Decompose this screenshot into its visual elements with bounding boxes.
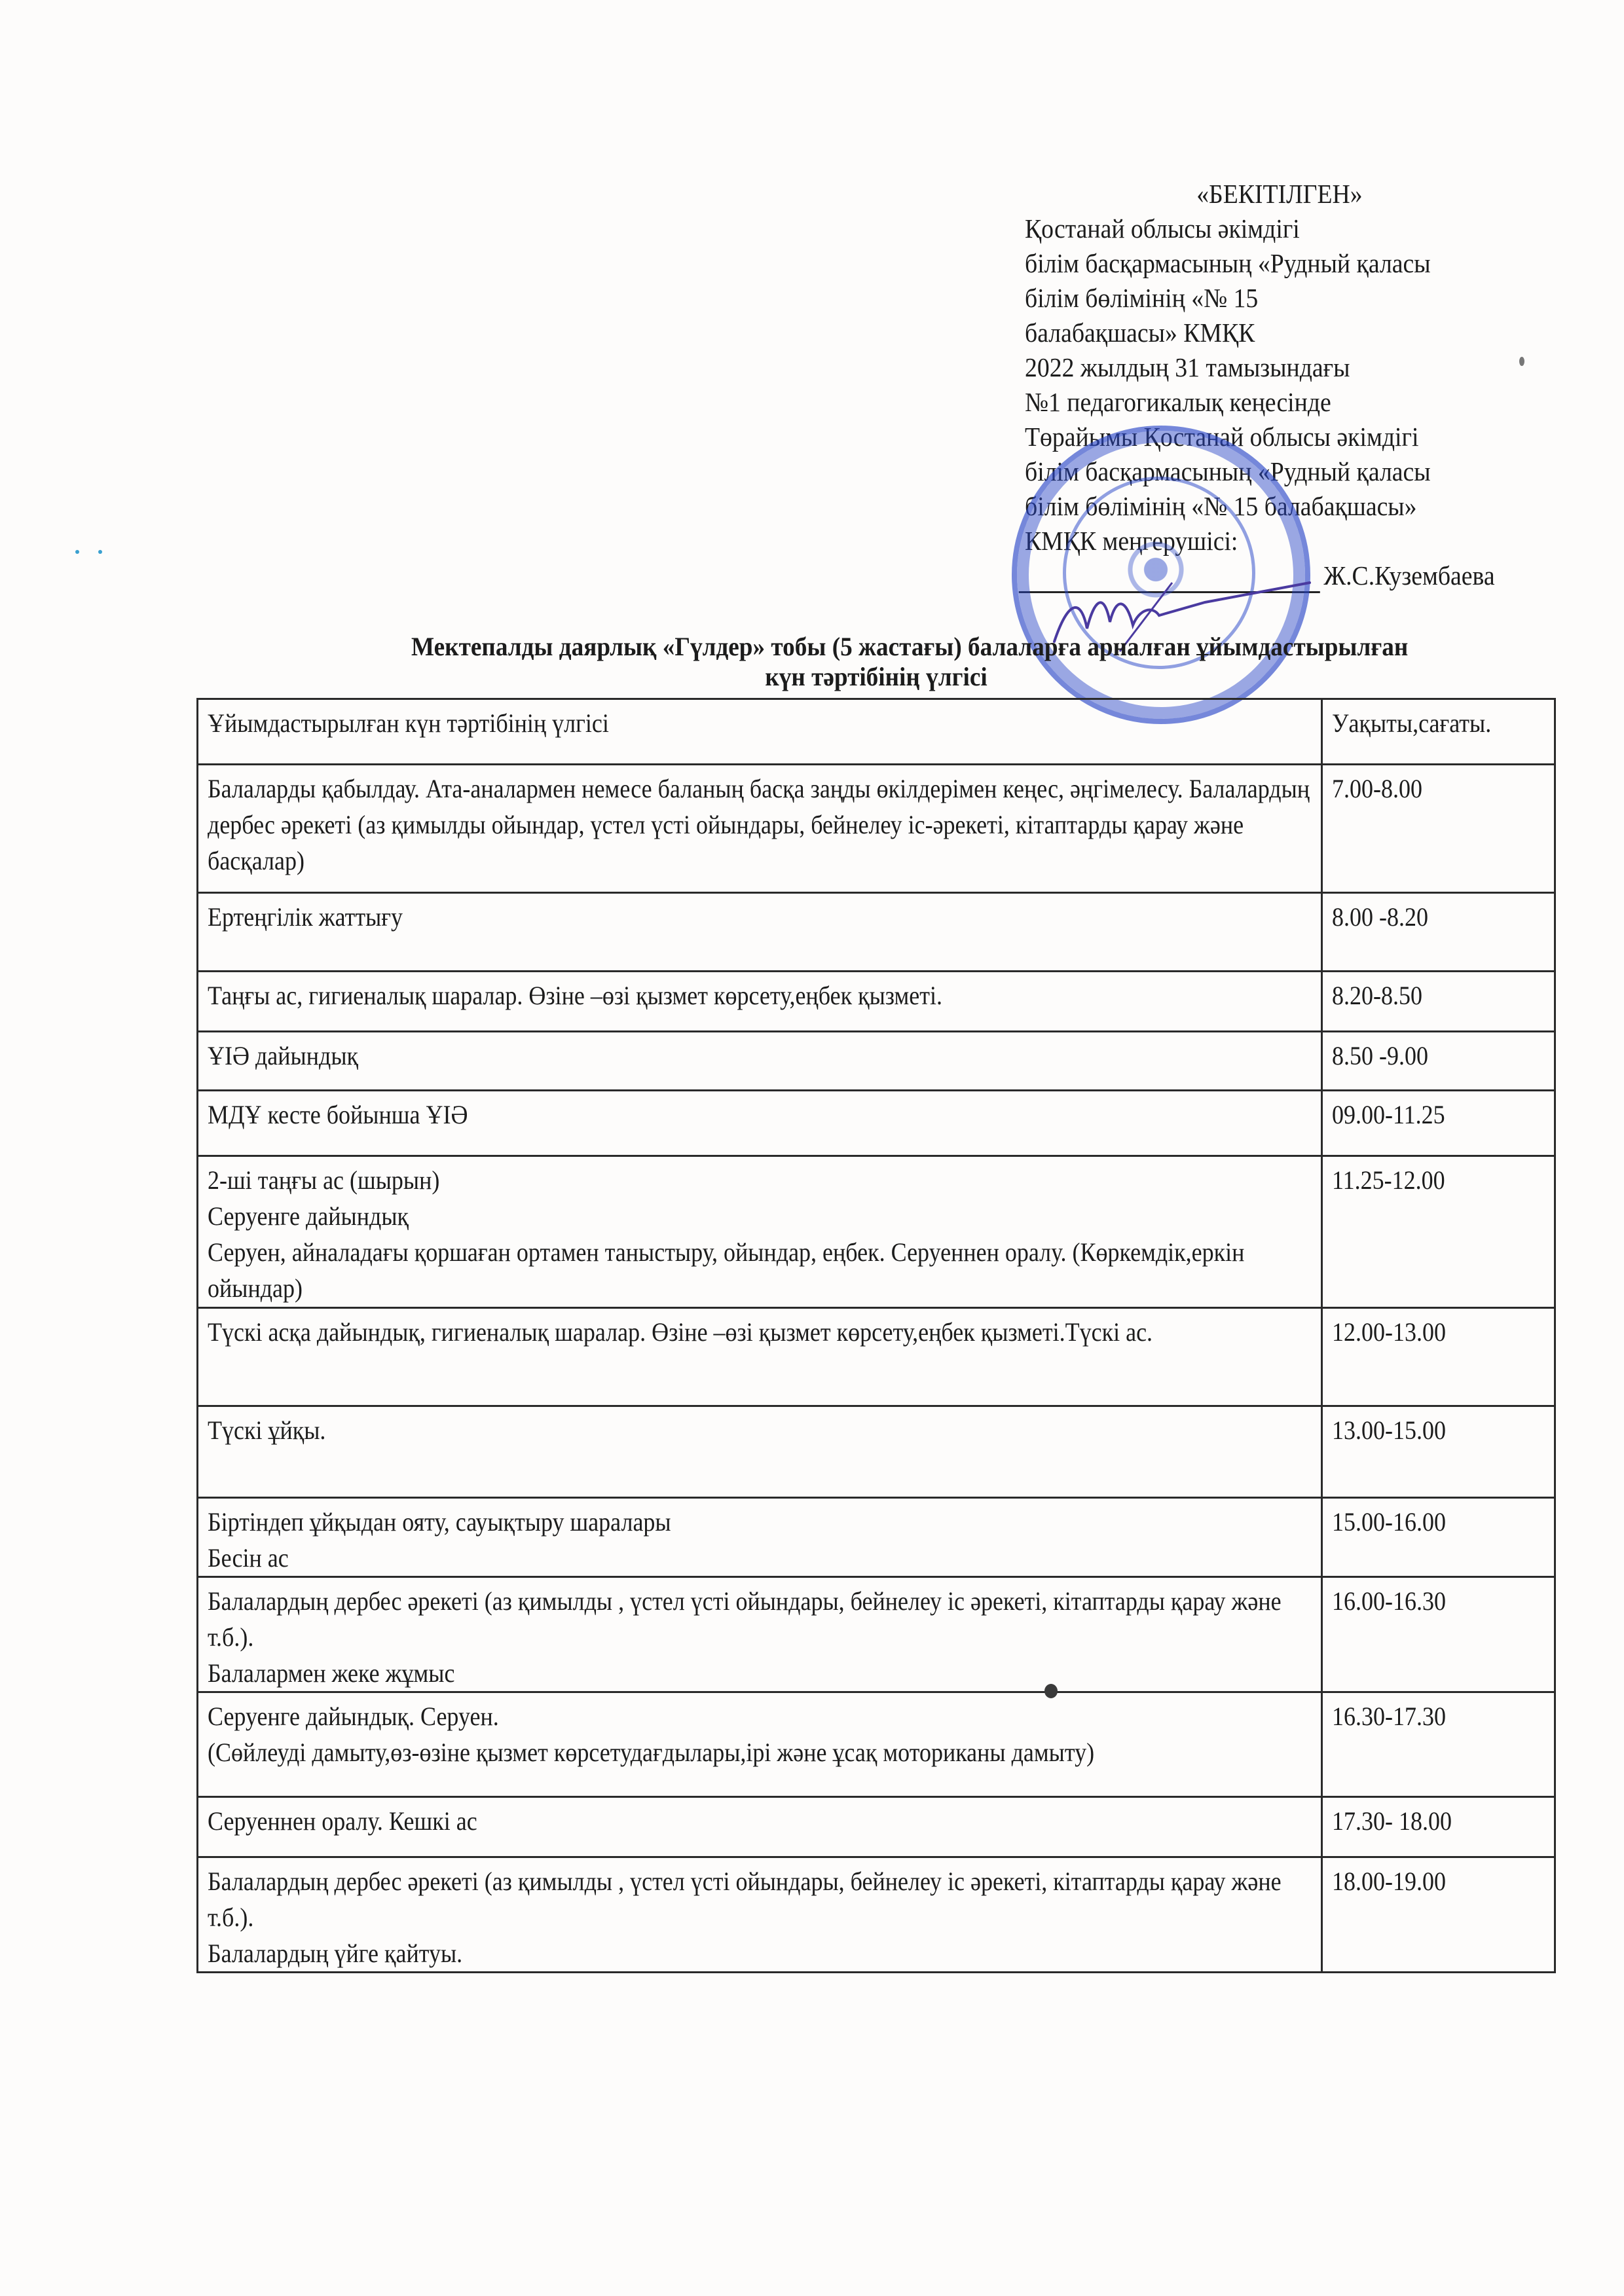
time-cell: 8.50 -9.00 — [1322, 1032, 1555, 1091]
approval-line: №1 педагогикалық кеңесінде — [1025, 385, 1537, 420]
approval-line: балабақшасы» КМҚК — [1025, 316, 1537, 350]
activity-cell: Балалардың дербес әрекеті (аз қимылды , … — [198, 1857, 1322, 1973]
activity-cell: Біртіндеп ұйқыдан ояту, сауықтыру шарала… — [198, 1498, 1322, 1577]
time-cell: 11.25-12.00 — [1322, 1156, 1555, 1308]
table-header-row: Ұйымдастырылған күн тәртібінің үлгісі Уа… — [198, 699, 1555, 765]
approval-line: білім басқармасының «Рудный қаласы — [1025, 454, 1537, 489]
signature-line: Ж.С.Кузембаева — [1025, 558, 1537, 593]
approval-line: 2022 жылдың 31 тамызындағы — [1025, 350, 1537, 385]
time-cell: 8.00 -8.20 — [1322, 893, 1555, 972]
approval-line: білім бөлімінің «№ 15 — [1025, 281, 1537, 316]
time-cell: 16.00-16.30 — [1322, 1577, 1555, 1692]
approval-line: білім бөлімінің «№ 15 балабақшасы» — [1025, 489, 1537, 524]
time-cell: 09.00-11.25 — [1322, 1091, 1555, 1156]
scan-speck — [1044, 1684, 1058, 1698]
header-activity: Ұйымдастырылған күн тәртібінің үлгісі — [198, 699, 1322, 765]
approved-heading: «БЕКІТІЛГЕН» — [1025, 177, 1537, 211]
table-row: Таңғы ас, гигиеналық шаралар. Өзіне –өзі… — [198, 972, 1555, 1032]
activity-cell: Балалардың дербес әрекеті (аз қимылды , … — [198, 1577, 1322, 1692]
document-title-line-1: Мектепалды даярлық «Гүлдер» тобы (5 жаст… — [244, 632, 1509, 662]
table-row: Түскі асқа дайындық, гигиеналық шаралар.… — [198, 1308, 1555, 1406]
activity-cell: Балаларды қабылдау. Ата-аналармен немесе… — [198, 765, 1322, 893]
activity-cell: Серуеннен оралу. Кешкі ас — [198, 1797, 1322, 1857]
signatory-name: Ж.С.Кузембаева — [1323, 560, 1494, 591]
table-row: Серуеннен оралу. Кешкі ас 17.30- 18.00 — [198, 1797, 1555, 1857]
document-title-line-2: күн тәртібінің үлгісі — [765, 662, 987, 691]
table-row: Біртіндеп ұйқыдан ояту, сауықтыру шарала… — [198, 1498, 1555, 1577]
daily-schedule-table: Ұйымдастырылған күн тәртібінің үлгісі Уа… — [196, 698, 1556, 1973]
activity-cell: Ертеңгілік жаттығу — [198, 893, 1322, 972]
approval-line: білім басқармасының «Рудный қаласы — [1025, 246, 1537, 281]
table-row: Түскі ұйқы. 13.00-15.00 — [198, 1406, 1555, 1498]
activity-cell: ҰІӘ дайындық — [198, 1032, 1322, 1091]
approval-block: «БЕКІТІЛГЕН» Қостанай облысы әкімдігі бі… — [1025, 177, 1537, 593]
time-cell: 8.20-8.50 — [1322, 972, 1555, 1032]
table-row: МДҰ кесте бойынша ҰІӘ 09.00-11.25 — [198, 1091, 1555, 1156]
document-title: Мектепалды даярлық «Гүлдер» тобы (5 жаст… — [244, 632, 1509, 692]
table-row: Серуенге дайындық. Серуен. (Сөйлеуді дам… — [198, 1692, 1555, 1797]
time-cell: 12.00-13.00 — [1322, 1308, 1555, 1406]
activity-cell: Түскі ұйқы. — [198, 1406, 1322, 1498]
scan-speck — [98, 550, 102, 554]
time-cell: 16.30-17.30 — [1322, 1692, 1555, 1797]
time-cell: 18.00-19.00 — [1322, 1857, 1555, 1973]
time-cell: 17.30- 18.00 — [1322, 1797, 1555, 1857]
table-row: 2-ші таңғы ас (шырын) Серуенге дайындық … — [198, 1156, 1555, 1308]
table-row: ҰІӘ дайындық 8.50 -9.00 — [198, 1032, 1555, 1091]
approval-line: Төрайымы Қостанай облысы әкімдігі — [1025, 420, 1537, 454]
activity-cell: Таңғы ас, гигиеналық шаралар. Өзіне –өзі… — [198, 972, 1322, 1032]
scan-speck — [1519, 357, 1524, 366]
time-cell: 7.00-8.00 — [1322, 765, 1555, 893]
activity-cell: Серуенге дайындық. Серуен. (Сөйлеуді дам… — [198, 1692, 1322, 1797]
time-cell: 13.00-15.00 — [1322, 1406, 1555, 1498]
header-time: Уақыты,сағаты. — [1322, 699, 1555, 765]
time-cell: 15.00-16.00 — [1322, 1498, 1555, 1577]
activity-cell: Түскі асқа дайындық, гигиеналық шаралар.… — [198, 1308, 1322, 1406]
table-row: Ертеңгілік жаттығу 8.00 -8.20 — [198, 893, 1555, 972]
table-row: Балалардың дербес әрекеті (аз қимылды , … — [198, 1857, 1555, 1973]
activity-cell: МДҰ кесте бойынша ҰІӘ — [198, 1091, 1322, 1156]
signature-blank — [1019, 591, 1320, 593]
table-row: Балалардың дербес әрекеті (аз қимылды , … — [198, 1577, 1555, 1692]
activity-cell: 2-ші таңғы ас (шырын) Серуенге дайындық … — [198, 1156, 1322, 1308]
scan-speck — [75, 550, 79, 554]
approval-line: КМҚК меңгерушісі: — [1025, 524, 1537, 558]
approval-line: Қостанай облысы әкімдігі — [1025, 211, 1537, 246]
table-row: Балаларды қабылдау. Ата-аналармен немесе… — [198, 765, 1555, 893]
